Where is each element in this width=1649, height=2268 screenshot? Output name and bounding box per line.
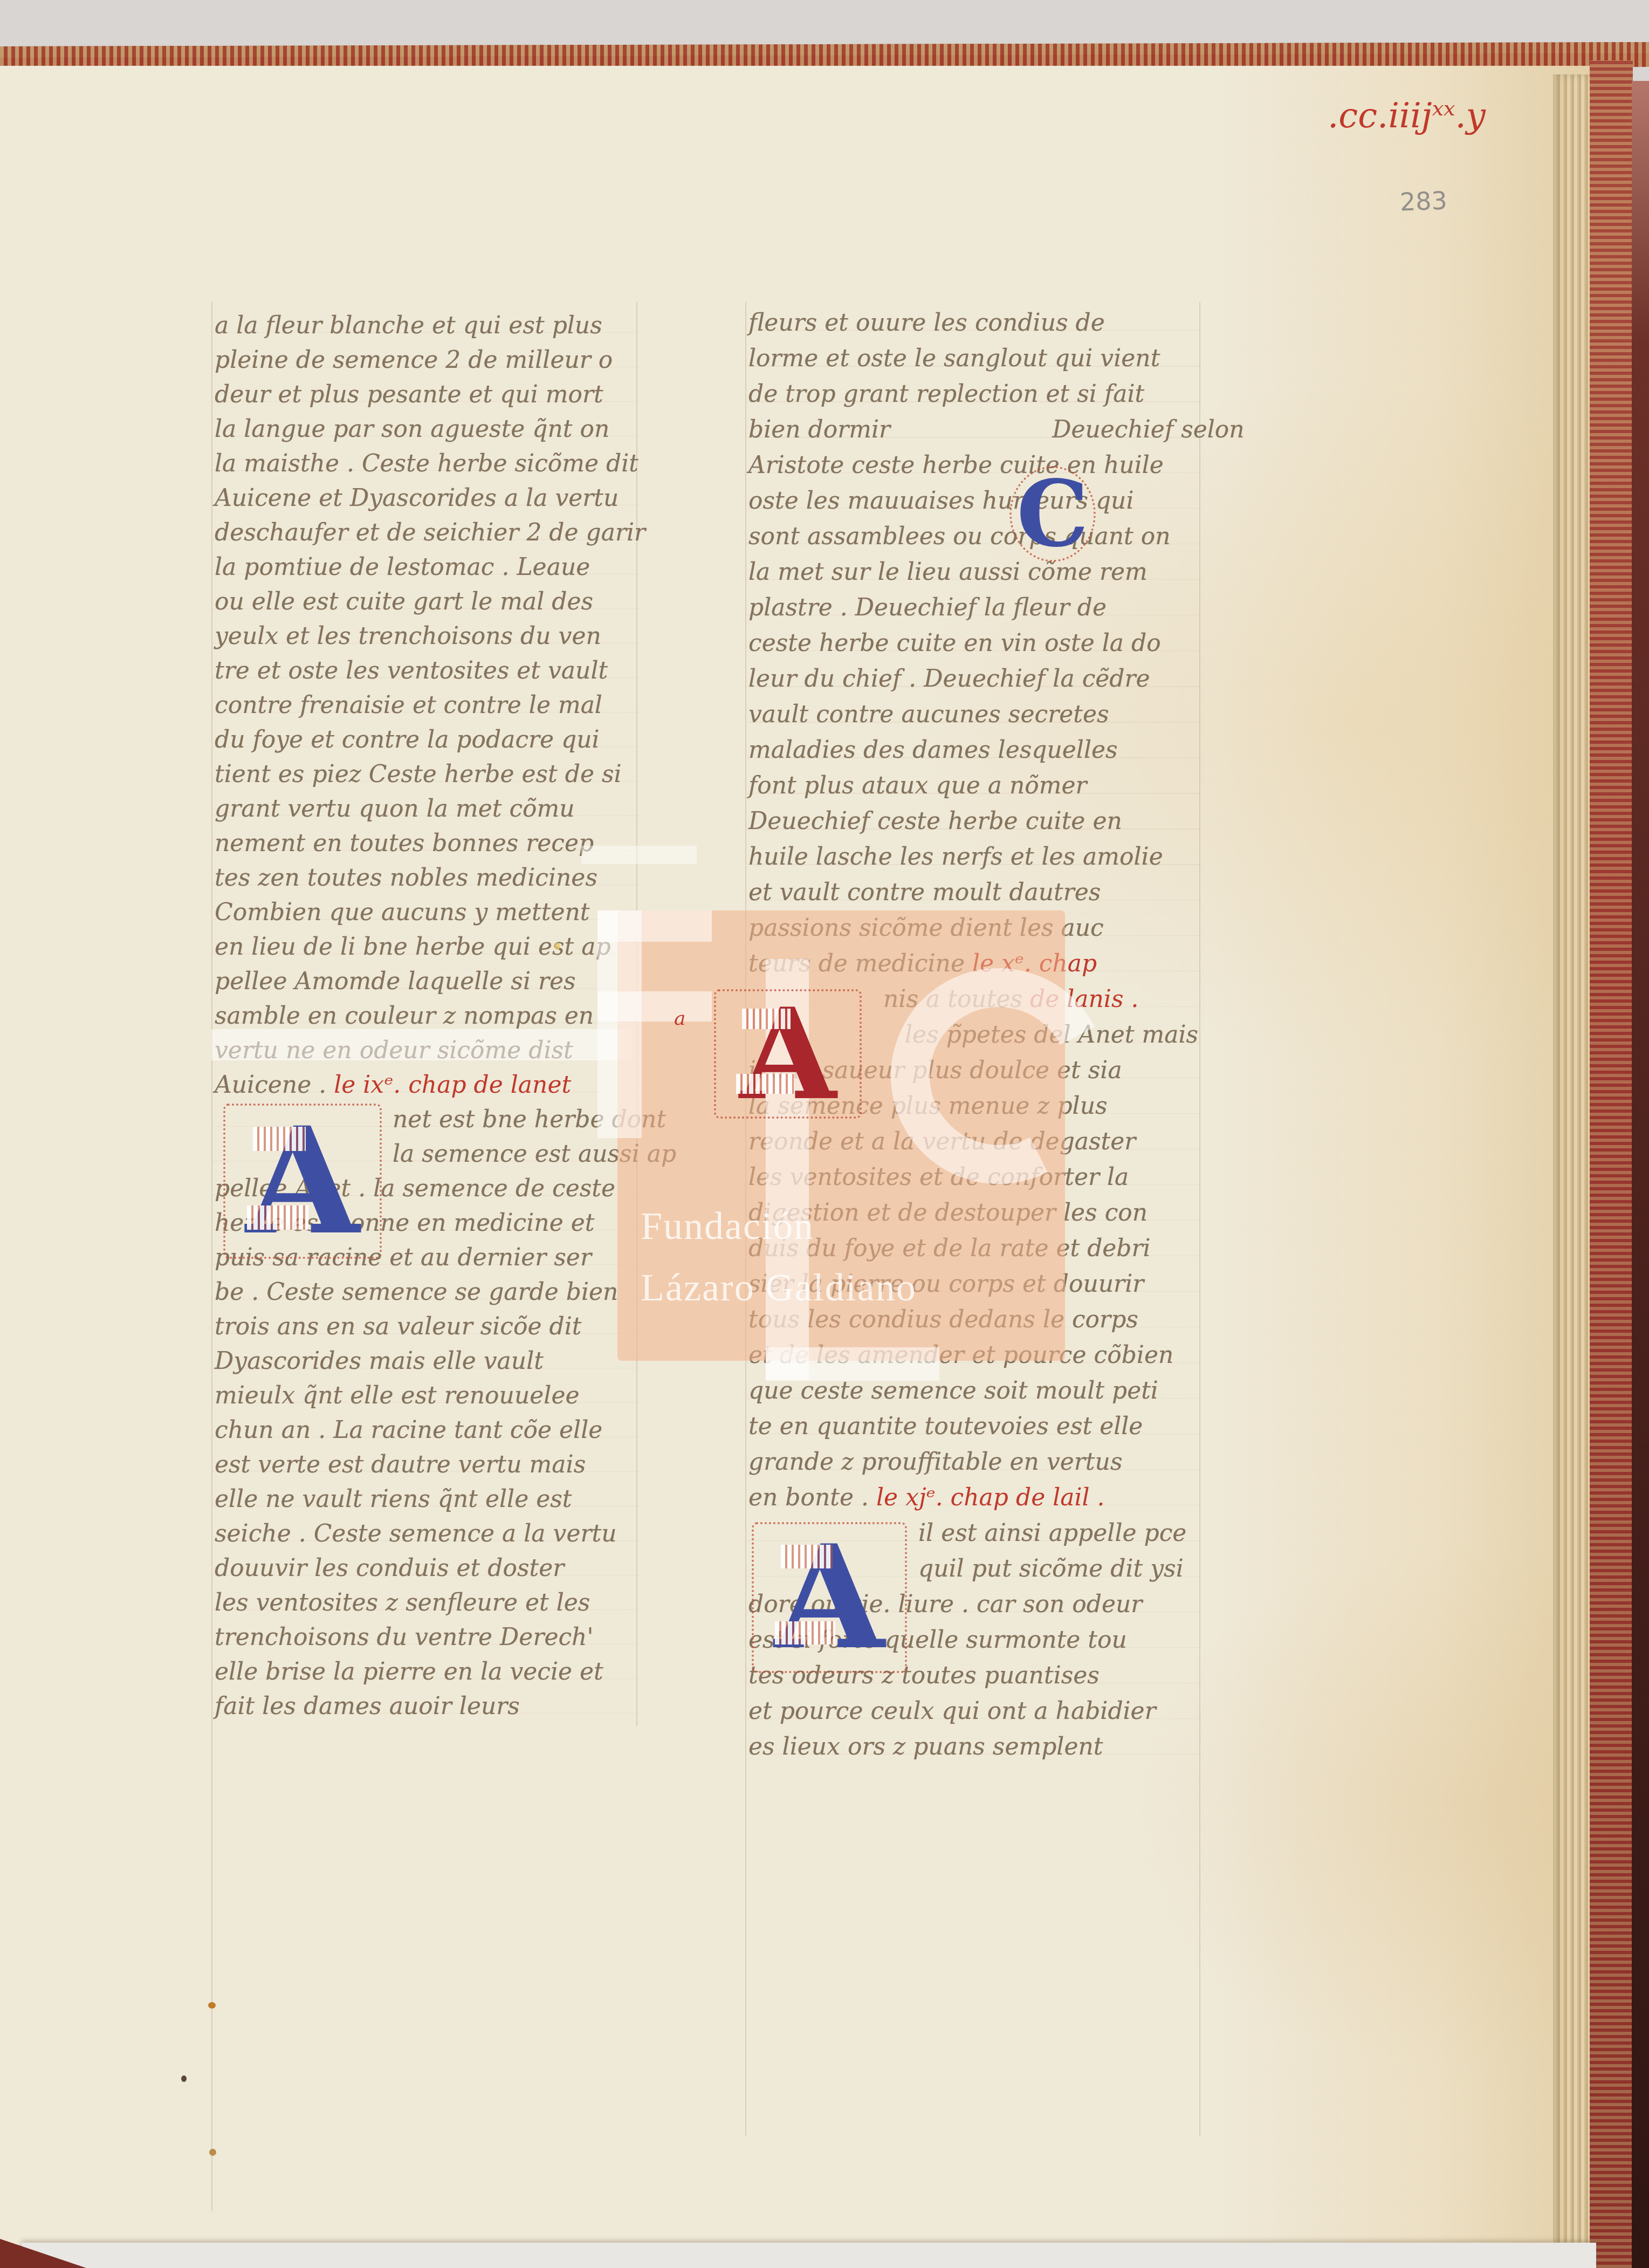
text-segment: Auicene et Dyascorides a la vertu	[215, 484, 619, 512]
text-segment: lorme et oste le sanglout qui vient	[748, 345, 1160, 372]
text-segment: deschaufer et de seichier 2 de garir	[215, 519, 645, 546]
manuscript-photo: .cc.iiijxx.y 283 a la fleur blanche et q…	[0, 0, 1649, 2268]
manuscript-line: Combien que aucuns y mettent	[215, 895, 642, 930]
manuscript-line: Deuechief ceste herbe cuite en	[748, 804, 1203, 839]
text-segment: elle ne vault riens q̃nt elle est	[215, 1485, 572, 1513]
text-segment: tous les condius dedans le corps	[748, 1306, 1138, 1333]
text-segment: chun an . La racine tant cõe elle	[215, 1416, 602, 1444]
text-segment: sier la pierre ou corps et douurir	[748, 1270, 1144, 1298]
text-segment: ceste herbe cuite en vin oste la do	[748, 629, 1161, 657]
illuminated-initial-a-blue: A	[220, 1100, 385, 1262]
manuscript-line: et pource ceulx qui ont a habidier	[748, 1694, 1203, 1729]
text-segment: est verte est dautre vertu mais	[215, 1451, 586, 1478]
text-segment: ou elle est cuite gart le mal des	[215, 588, 593, 615]
manuscript-line: seiche . Ceste semence a la vertu	[215, 1517, 642, 1551]
manuscript-line: ceste herbe cuite en vin oste la do	[748, 626, 1203, 661]
text-segment: deur et plus pesante et qui mort	[215, 381, 603, 408]
text-segment: maladies des dames lesquelles	[748, 736, 1118, 764]
manuscript-line: be . Ceste semence se garde bien	[215, 1275, 642, 1310]
text-segment: vertu ne en odeur sicõme dist	[215, 1037, 573, 1064]
manuscript-line: la langue par son agueste q̃nt on	[215, 412, 642, 447]
manuscript-line: les ventosites z senfleure et les	[215, 1586, 642, 1620]
manuscript-line: deschaufer et de seichier 2 de garir	[215, 516, 642, 550]
manuscript-line: vertu ne en odeur sicõme dist	[215, 1033, 642, 1068]
text-segment: que ceste semence soit moult peti	[748, 1377, 1158, 1404]
text-segment: Combien que aucuns y mettent	[215, 899, 590, 926]
text-segment: teurs de medicine	[748, 950, 972, 977]
manuscript-line: fleurs et ouure les condius de	[748, 305, 1203, 341]
manuscript-line: pellee Amomde laquelle si res	[215, 964, 642, 999]
book-cover-shadow	[1632, 81, 1649, 2268]
ruling-line-vertical	[745, 302, 746, 2136]
manuscript-line: vault contre aucunes secretes	[748, 697, 1203, 732]
folio-number-red: .cc.iiijxx.y	[1328, 96, 1486, 136]
scan-background-bottom	[22, 2243, 1596, 2268]
text-segment: les ventosites et de conforter la	[748, 1163, 1129, 1191]
manuscript-line: es lieux ors z puans semplent	[748, 1729, 1203, 1765]
text-segment: pleine de semence 2 de milleur o	[215, 346, 613, 374]
text-segment: digestion et de destouper les con	[748, 1199, 1148, 1226]
manuscript-line: trois ans en sa valeur sicõe dit	[215, 1310, 642, 1344]
text-segment: bien dormir	[748, 416, 890, 443]
manuscript-line: deur et plus pesante et qui mort	[215, 378, 642, 412]
text-segment: grande z prouffitable en vertus	[748, 1448, 1122, 1476]
manuscript-line: maladies des dames lesquelles	[748, 732, 1203, 768]
manuscript-line: Aristote ceste herbe cuite en huile	[748, 448, 1203, 483]
book-cover-right-edge	[1590, 60, 1633, 2268]
manuscript-line: la met sur le lieu aussi cõme rem	[748, 554, 1203, 590]
manuscript-line: tes zen toutes nobles medicines	[215, 861, 642, 895]
manuscript-line: chun an . La racine tant cõe elle	[215, 1413, 642, 1448]
manuscript-line: samble en couleur z nompas en	[215, 999, 642, 1033]
text-segment: tre et oste les ventosites et vault	[215, 657, 608, 684]
ruling-line-vertical	[211, 302, 212, 2211]
text-segment: la pomtiue de lestomac . Leaue	[215, 553, 590, 581]
text-segment: en lieu de li bne herbe qui est ap	[215, 933, 611, 961]
manuscript-line: douuvir les conduis et doster	[215, 1551, 642, 1586]
text-segment: la langue par son agueste q̃nt on	[215, 415, 609, 443]
rubric-segment: le xjᵉ. chap de lail .	[876, 1484, 1105, 1511]
text-segment: tient es piez Ceste herbe est de si	[215, 760, 622, 788]
manuscript-line: ou elle est cuite gart le mal des	[215, 585, 642, 619]
folio-number-pencil: 283	[1399, 186, 1448, 216]
text-segment: seiche . Ceste semence a la vertu	[215, 1520, 617, 1547]
manuscript-line: les ventosites et de conforter la	[748, 1160, 1203, 1195]
manuscript-line: que ceste semence soit moult peti	[748, 1373, 1203, 1409]
manuscript-line: grant vertu quon la met cõmu	[215, 792, 642, 826]
manuscript-line: tous les condius dedans le corps	[748, 1302, 1203, 1338]
wormhole-speck	[208, 2002, 216, 2009]
text-segment: la maisthe . Ceste herbe sicõme dit	[215, 450, 638, 477]
manuscript-line: leur du chief . Deuechief la cẽdre	[748, 661, 1203, 697]
manuscript-line: nement en toutes bonnes recep	[215, 826, 642, 861]
text-segment: les p̃petes del Anet mais	[905, 1021, 1198, 1049]
manuscript-line: contre frenaisie et contre le mal	[215, 688, 642, 723]
manuscript-line: duis du foye et de la rate et debri	[748, 1231, 1203, 1266]
manuscript-line: teurs de medicine le xᵉ. chap	[748, 946, 1203, 982]
text-segment: plastre . Deuechief la fleur de	[748, 594, 1107, 621]
rubric-segment: le ixᵉ. chap de lanet	[334, 1071, 571, 1099]
manuscript-line: la pomtiue de lestomac . Leaue	[215, 550, 642, 585]
text-segment: duis du foye et de la rate et debri	[748, 1235, 1151, 1262]
text-segment: et de les amender et pource cõbien	[748, 1341, 1173, 1369]
manuscript-line: yeulx et les trenchoisons du ven	[215, 619, 642, 654]
illuminated-initial-a-maroon: A	[711, 986, 865, 1122]
guide-letter: a	[674, 1008, 685, 1030]
text-segment: mieulx q̃nt elle est renouuelee	[215, 1382, 579, 1409]
manuscript-line: tre et oste les ventosites et vault	[215, 654, 642, 688]
text-segment: passions sicõme dient les auc	[748, 914, 1104, 942]
manuscript-line: a la fleur blanche et qui est plus	[215, 309, 642, 343]
manuscript-line: pleine de semence 2 de milleur o	[215, 343, 642, 378]
penwork-decoration	[223, 1104, 382, 1259]
text-segment: fleurs et ouure les condius de	[748, 309, 1105, 337]
manuscript-line: huile lasche les nerfs et les amolie	[748, 839, 1203, 875]
text-segment: la semence est aussi ap	[393, 1140, 676, 1168]
text-segment: les ventosites z senfleure et les	[215, 1589, 590, 1616]
penwork-decoration	[714, 989, 862, 1119]
illuminated-paraph-c: C	[1006, 463, 1099, 565]
text-segment: trenchoisons du ventre Derech'	[215, 1623, 594, 1651]
text-segment: quil put sicõme dit ysi	[918, 1555, 1184, 1582]
text-segment: yeulx et les trenchoisons du ven	[215, 622, 601, 650]
text-segment: net est bne herbe dont	[393, 1106, 666, 1133]
text-segment: huile lasche les nerfs et les amolie	[748, 843, 1163, 871]
manuscript-line: sont assamblees ou corps quant on	[748, 519, 1203, 554]
text-segment: Deuechief ceste herbe cuite en	[748, 807, 1122, 835]
text-segment: trois ans en sa valeur sicõe dit	[215, 1313, 581, 1340]
manuscript-line: en bonte . le xjᵉ. chap de lail .	[748, 1480, 1203, 1516]
penwork-decoration	[1009, 466, 1096, 562]
text-segment: Auicene .	[215, 1071, 334, 1099]
text-segment: Dyascorides mais elle vault	[215, 1347, 544, 1375]
manuscript-line: et de les amender et pource cõbien	[748, 1338, 1203, 1373]
manuscript-line: font plus ataux que a nõmer	[748, 768, 1203, 804]
text-segment: es lieux ors z puans semplent	[748, 1733, 1103, 1760]
text-segment: Aristote ceste herbe cuite en huile	[748, 451, 1164, 479]
manuscript-line: trenchoisons du ventre Derech'	[215, 1620, 642, 1655]
ink-speck	[181, 2075, 187, 2082]
manuscript-line: et vault contre moult dautres	[748, 875, 1203, 910]
manuscript-line: Auicene et Dyascorides a la vertu	[215, 481, 642, 516]
manuscript-line: lorme et oste le sanglout qui vient	[748, 341, 1203, 376]
text-segment: de trop grant replection et si fait	[748, 380, 1144, 408]
manuscript-line: du foye et contre la podacre qui	[215, 723, 642, 757]
manuscript-line: Dyascorides mais elle vault	[215, 1344, 642, 1379]
text-segment: il est ainsi appelle pce	[918, 1519, 1186, 1547]
wormhole-speck	[209, 2149, 216, 2156]
text-segment: reonde et a la vertu de degaster	[748, 1128, 1136, 1155]
text-segment: sont assamblees ou corps quant on	[748, 523, 1171, 550]
penwork-decoration	[752, 1522, 907, 1673]
text-segment: contre frenaisie et contre le mal	[215, 691, 602, 719]
manuscript-line: grande z prouffitable en vertus	[748, 1444, 1203, 1480]
text-segment: et pource ceulx qui ont a habidier	[748, 1697, 1156, 1725]
illuminated-initial-a-blue: A	[748, 1519, 910, 1676]
text-segment: nement en toutes bonnes recep	[215, 830, 594, 857]
manuscript-line: reonde et a la vertu de degaster	[748, 1124, 1203, 1160]
manuscript-line: mieulx q̃nt elle est renouuelee	[215, 1379, 642, 1413]
manuscript-line: la maisthe . Ceste herbe sicõme dit	[215, 447, 642, 481]
manuscript-line: passions sicõme dient les auc	[748, 910, 1203, 946]
text-segment: pellee Amomde laquelle si res	[215, 968, 576, 995]
text-segment: a la fleur blanche et qui est plus	[215, 312, 602, 339]
page-stack-fore-edge	[1553, 74, 1594, 2248]
text-segment: grant vertu quon la met cõmu	[215, 795, 575, 823]
manuscript-line: de trop grant replection et si fait	[748, 376, 1203, 412]
text-segment: samble en couleur z nompas en	[215, 1002, 594, 1030]
text-segment: douuvir les conduis et doster	[215, 1554, 564, 1582]
manuscript-line: elle ne vault riens q̃nt elle est	[215, 1482, 642, 1517]
manuscript-line: en lieu de li bne herbe qui est ap	[215, 930, 642, 964]
manuscript-line: fait les dames auoir leurs	[215, 1689, 642, 1724]
manuscript-line: tient es piez Ceste herbe est de si	[215, 757, 642, 792]
text-segment: te en quantite toutevoies est elle	[748, 1413, 1143, 1440]
text-segment: leur du chief . Deuechief la cẽdre	[748, 665, 1150, 693]
manuscript-line: sier la pierre ou corps et douurir	[748, 1266, 1203, 1302]
manuscript-line: oste les mauuaises humeurs qui	[748, 483, 1203, 519]
rubric-segment: le xᵉ. chap	[972, 950, 1097, 977]
manuscript-line: est verte est dautre vertu mais	[215, 1448, 642, 1482]
manuscript-line: digestion et de destouper les con	[748, 1195, 1203, 1231]
stain-speck	[554, 943, 560, 950]
text-segment: fait les dames auoir leurs	[215, 1693, 520, 1720]
manuscript-line: elle brise la pierre en la vecie et	[215, 1655, 642, 1689]
text-segment: en bonte .	[748, 1484, 876, 1511]
rubric-segment: de lanis .	[1030, 985, 1138, 1013]
text-column-left: a la fleur blanche et qui est pluspleine…	[215, 309, 642, 1724]
text-segment: et vault contre moult dautres	[748, 879, 1101, 906]
manuscript-line: bien dormirDeuechief selon	[748, 412, 1203, 448]
text-segment: Deuechief selon	[1052, 416, 1245, 443]
text-segment: elle brise la pierre en la vecie et	[215, 1658, 603, 1685]
manuscript-line: plastre . Deuechief la fleur de	[748, 590, 1203, 626]
text-segment: nis a toutes	[883, 985, 1030, 1013]
text-segment: font plus ataux que a nõmer	[748, 772, 1087, 799]
manuscript-line: te en quantite toutevoies est elle	[748, 1409, 1203, 1444]
text-segment: vault contre aucunes secretes	[748, 701, 1109, 728]
text-segment: be . Ceste semence se garde bien	[215, 1278, 618, 1306]
text-segment: tes zen toutes nobles medicines	[215, 864, 597, 892]
text-segment: du foye et contre la podacre qui	[215, 726, 600, 753]
